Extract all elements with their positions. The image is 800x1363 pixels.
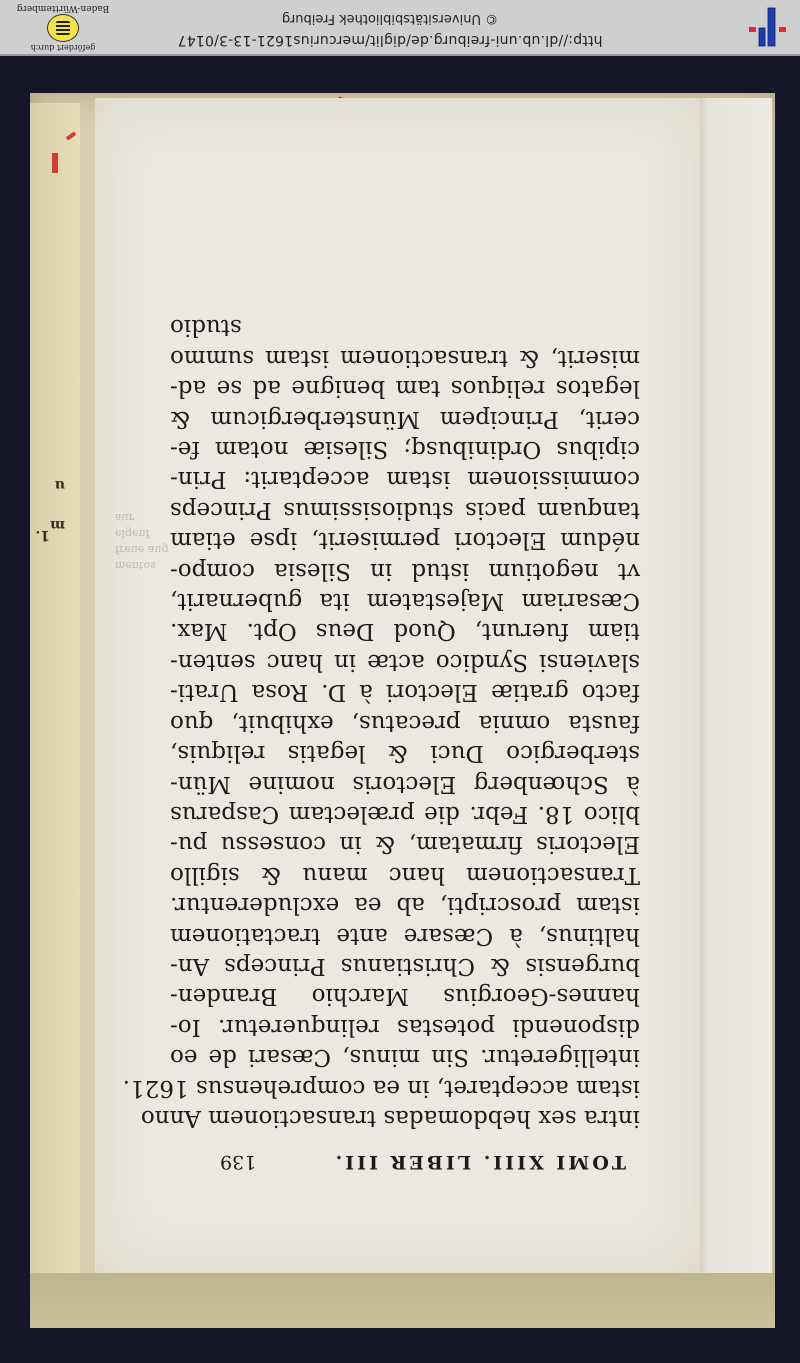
text-line: commissionem istam acceptarit: Prin- <box>170 464 640 494</box>
text-line: legatos reliquos tam benigne ad se ad- <box>170 373 640 403</box>
text-line: fausta omnia precatus, exhibuit, quo <box>170 707 640 737</box>
text-line: burgensis & Christianus Princeps An- <box>170 951 640 981</box>
bleed-line: elgenf <box>115 525 205 541</box>
binding-strip <box>30 1273 775 1328</box>
catchword: studio <box>170 312 640 342</box>
text-line: Transactionem hanc manu & sigillo <box>170 859 640 889</box>
running-head: TOMI XIII. LIBER III. 139 <box>170 1151 640 1173</box>
text-line: cerit, Principem Münsterbergicum & <box>170 403 640 433</box>
text-line: blico 18. Febr. die prælectam Casparus <box>170 799 640 829</box>
text-line: Cæsariam Majestatem ita gubernarit, <box>170 586 640 616</box>
text-line: vt negotium istud in Silesia compo- <box>170 555 640 585</box>
binding-edge <box>30 103 80 1273</box>
text-line: haltinus, à Cæsare ante tractationem <box>170 920 640 950</box>
sponsor-block: gefördert durch Baden-Württemberg <box>8 0 118 54</box>
text-line: à Schœnberg Electoris nomine Mün- <box>170 768 640 798</box>
text-line: facto gratiæ Electori à D. Rosa Urati- <box>170 677 640 707</box>
red-margin-mark <box>52 153 58 173</box>
text-line: Electoris firmatam, & in consessu pu- <box>170 829 640 859</box>
text-line: intra sex hebdomadas transactionem Anno <box>170 1103 640 1133</box>
scan-viewport: m u 1. TOMI XIII. LIBER III. 139 intra s… <box>0 0 800 1363</box>
text-line: cipibus Ordinibusq; Silesiæ notam fe- <box>170 434 640 464</box>
sponsor-caption: gefördert durch <box>8 43 118 52</box>
book-page: TOMI XIII. LIBER III. 139 intra sex hebd… <box>95 98 700 1273</box>
bleed-line: aur <box>115 509 205 525</box>
text-line: intelligeretur. Sin minus, Cæsari de eo <box>170 1042 640 1072</box>
bleed-line: mentos <box>115 557 205 573</box>
ub-freiburg-logo-icon <box>746 6 790 48</box>
running-head-title: TOMI XIII. LIBER III. <box>333 1151 626 1173</box>
margin-note: 1. <box>20 529 50 543</box>
bleed-through-text: mentos freue aug elgenf aur <box>115 483 205 573</box>
text-block: TOMI XIII. LIBER III. 139 intra sex hebd… <box>170 312 640 1173</box>
text-line: tiam fuerunt, Quod Deus Opt. Max. <box>170 616 640 646</box>
copyright-notice: © Universitätsbibliothek Freiburg <box>170 11 610 26</box>
text-line: nédum Electori permiserit, ipse etiam <box>170 525 640 555</box>
text-line: sterbergico Duci & legatis reliquis, <box>170 738 640 768</box>
text-line: istam acceptaret, in ea comprehensus 162… <box>170 1072 640 1102</box>
text-line: miserit, & transactionem istam summo <box>170 342 640 372</box>
text-line: disponendi potestas relinqueretur. Io- <box>170 1011 640 1041</box>
text-line: hannes-Georgius Marchio Branden- <box>170 981 640 1011</box>
page-number: 139 <box>220 1151 256 1173</box>
bleed-line: freue aug <box>115 541 205 557</box>
attribution-banner: http://dl.ub.uni-freiburg.de/diglit/merc… <box>0 0 800 56</box>
margin-note: u <box>35 479 65 493</box>
sponsor-name: Baden-Württemberg <box>8 3 118 13</box>
baden-wuerttemberg-crest-icon <box>47 14 79 42</box>
text-line: slaviensi Syndico actæ in hanc senten- <box>170 647 640 677</box>
text-line: tanquam pacis studiosissimus Princeps <box>170 494 640 524</box>
facing-page-edge <box>700 98 772 1273</box>
permalink-url[interactable]: http://dl.ub.uni-freiburg.de/diglit/merc… <box>170 32 610 48</box>
text-line: istam proscripti, ab ea excluderentur. <box>170 890 640 920</box>
